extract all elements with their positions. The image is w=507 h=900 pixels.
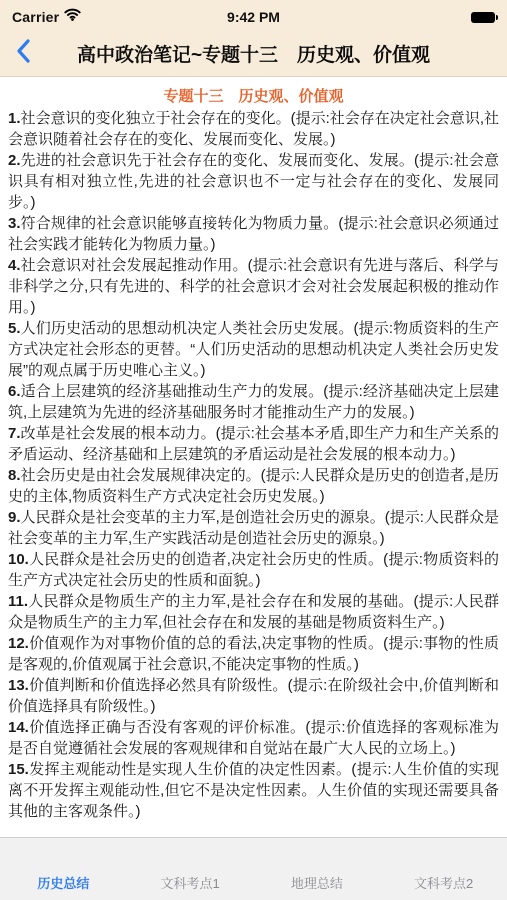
note-item: 13.价值判断和价值选择必然具有阶级性。(提示:在阶级社会中,价值判断和价值选择… (8, 675, 499, 717)
battery-full-icon (471, 12, 495, 23)
note-item-text: 适合上层建筑的经济基础推动生产力的发展。(提示:经济基础决定上层建筑,上层建筑为… (8, 383, 499, 421)
note-item-number: 15. (8, 761, 29, 778)
topic-heading: 专题十三 历史观、价值观 (8, 85, 499, 106)
note-item-number: 13. (8, 677, 29, 694)
tab-wenke-kaodian-1[interactable]: 文科考点1 (127, 838, 254, 900)
note-item-text: 社会意识对社会发展起推动作用。(提示:社会意识有先进与落后、科学与非科学之分,只… (8, 257, 499, 316)
status-bar: 9:42 PM Carrier (0, 0, 507, 30)
note-item-number: 3. (8, 215, 21, 232)
note-item: 4.社会意识对社会发展起推动作用。(提示:社会意识有先进与落后、科学与非科学之分… (8, 255, 499, 318)
chevron-left-icon (16, 39, 30, 68)
note-item-number: 9. (8, 509, 21, 526)
note-item-number: 2. (8, 152, 21, 169)
note-item-number: 5. (8, 320, 21, 337)
note-item: 7.改革是社会发展的根本动力。(提示:社会基本矛盾,即生产力和生产关系的矛盾运动… (8, 423, 499, 465)
tab-wenke-kaodian-2[interactable]: 文科考点2 (380, 838, 507, 900)
note-item-text: 发挥主观能动性是实现人生价值的决定性因素。(提示:人生价值的实现离不开发挥主观能… (8, 761, 499, 820)
note-item: 14.价值选择正确与否没有客观的评价标准。(提示:价值选择的客观标准为是否自觉遵… (8, 717, 499, 759)
tab-label: 文科考点2 (414, 873, 473, 892)
note-item-text: 价值选择正确与否没有客观的评价标准。(提示:价值选择的客观标准为是否自觉遵循社会… (8, 719, 499, 757)
tab-geography-summary[interactable]: 地理总结 (254, 838, 381, 900)
note-item-text: 社会意识的变化独立于社会存在的变化。(提示:社会存在决定社会意识,社会意识随着社… (8, 110, 499, 148)
app-screen: 9:42 PM Carrier (0, 0, 507, 900)
note-item-text: 人们历史活动的思想动机决定人类社会历史发展。(提示:物质资料的生产方式决定社会形… (8, 320, 499, 379)
note-item: 3.符合规律的社会意识能够直接转化为物质力量。(提示:社会意识必须通过社会实践才… (8, 213, 499, 255)
note-item: 2.先进的社会意识先于社会存在的变化、发展而变化、发展。(提示:社会意识具有相对… (8, 150, 499, 213)
note-item-text: 社会历史是由社会发展规律决定的。(提示:人民群众是历史的创造者,是历史的主体,物… (8, 467, 499, 505)
note-item-number: 14. (8, 719, 29, 736)
note-item-text: 人民群众是社会变革的主力军,是创造社会历史的源泉。(提示:人民群众是社会变革的主… (8, 509, 499, 547)
tab-label: 文科考点1 (161, 873, 220, 892)
note-item: 1.社会意识的变化独立于社会存在的变化。(提示:社会存在决定社会意识,社会意识随… (8, 108, 499, 150)
notes-list: 1.社会意识的变化独立于社会存在的变化。(提示:社会存在决定社会意识,社会意识随… (8, 108, 499, 822)
tab-history-summary[interactable]: 历史总结 (0, 838, 127, 900)
note-item: 8.社会历史是由社会发展规律决定的。(提示:人民群众是历史的创造者,是历史的主体… (8, 465, 499, 507)
note-item: 6.适合上层建筑的经济基础推动生产力的发展。(提示:经济基础决定上层建筑,上层建… (8, 381, 499, 423)
top-chrome: 9:42 PM Carrier (0, 0, 507, 77)
notes-content[interactable]: 专题十三 历史观、价值观 1.社会意识的变化独立于社会存在的变化。(提示:社会存… (0, 77, 507, 837)
note-item-text: 人民群众是社会历史的创造者,决定社会历史的性质。(提示:物质资料的生产方式决定社… (8, 551, 499, 589)
note-item-number: 7. (8, 425, 21, 442)
note-item: 11.人民群众是物质生产的主力军,是社会存在和发展的基础。(提示:人民群众是物质… (8, 591, 499, 633)
note-item-number: 10. (8, 551, 29, 568)
note-item: 5.人们历史活动的思想动机决定人类社会历史发展。(提示:物质资料的生产方式决定社… (8, 318, 499, 381)
tab-label: 历史总结 (37, 873, 89, 892)
note-item: 10.人民群众是社会历史的创造者,决定社会历史的性质。(提示:物质资料的生产方式… (8, 549, 499, 591)
tab-label: 地理总结 (291, 873, 343, 892)
status-time: 9:42 PM (0, 9, 507, 25)
note-item-number: 8. (8, 467, 21, 484)
note-item-text: 价值观作为对事物价值的总的看法,决定事物的性质。(提示:事物的性质是客观的,价值… (8, 635, 499, 673)
note-item: 15.发挥主观能动性是实现人生价值的决定性因素。(提示:人生价值的实现离不开发挥… (8, 759, 499, 822)
note-item: 12.价值观作为对事物价值的总的看法,决定事物的性质。(提示:事物的性质是客观的… (8, 633, 499, 675)
note-item-number: 6. (8, 383, 21, 400)
note-item-text: 价值判断和价值选择必然具有阶级性。(提示:在阶级社会中,价值判断和价值选择具有阶… (8, 677, 499, 715)
note-item-number: 1. (8, 110, 21, 127)
note-item-text: 人民群众是物质生产的主力军,是社会存在和发展的基础。(提示:人民群众是物质生产的… (8, 593, 499, 631)
note-item-number: 11. (8, 593, 28, 610)
note-item-number: 4. (8, 257, 21, 274)
note-item-text: 改革是社会发展的根本动力。(提示:社会基本矛盾,即生产力和生产关系的矛盾运动、经… (8, 425, 499, 463)
page-title: 高中政治笔记~专题十三 历史观、价值观 (0, 40, 507, 67)
note-item-number: 12. (8, 635, 29, 652)
nav-bar: 高中政治笔记~专题十三 历史观、价值观 (0, 30, 507, 76)
back-button[interactable] (10, 30, 36, 76)
note-item-text: 先进的社会意识先于社会存在的变化、发展而变化、发展。(提示:社会意识具有相对独立… (8, 152, 499, 211)
note-item-text: 符合规律的社会意识能够直接转化为物质力量。(提示:社会意识必须通过社会实践才能转… (8, 215, 499, 253)
note-item: 9.人民群众是社会变革的主力军,是创造社会历史的源泉。(提示:人民群众是社会变革… (8, 507, 499, 549)
tab-bar: 历史总结文科考点1地理总结文科考点2 (0, 837, 507, 900)
